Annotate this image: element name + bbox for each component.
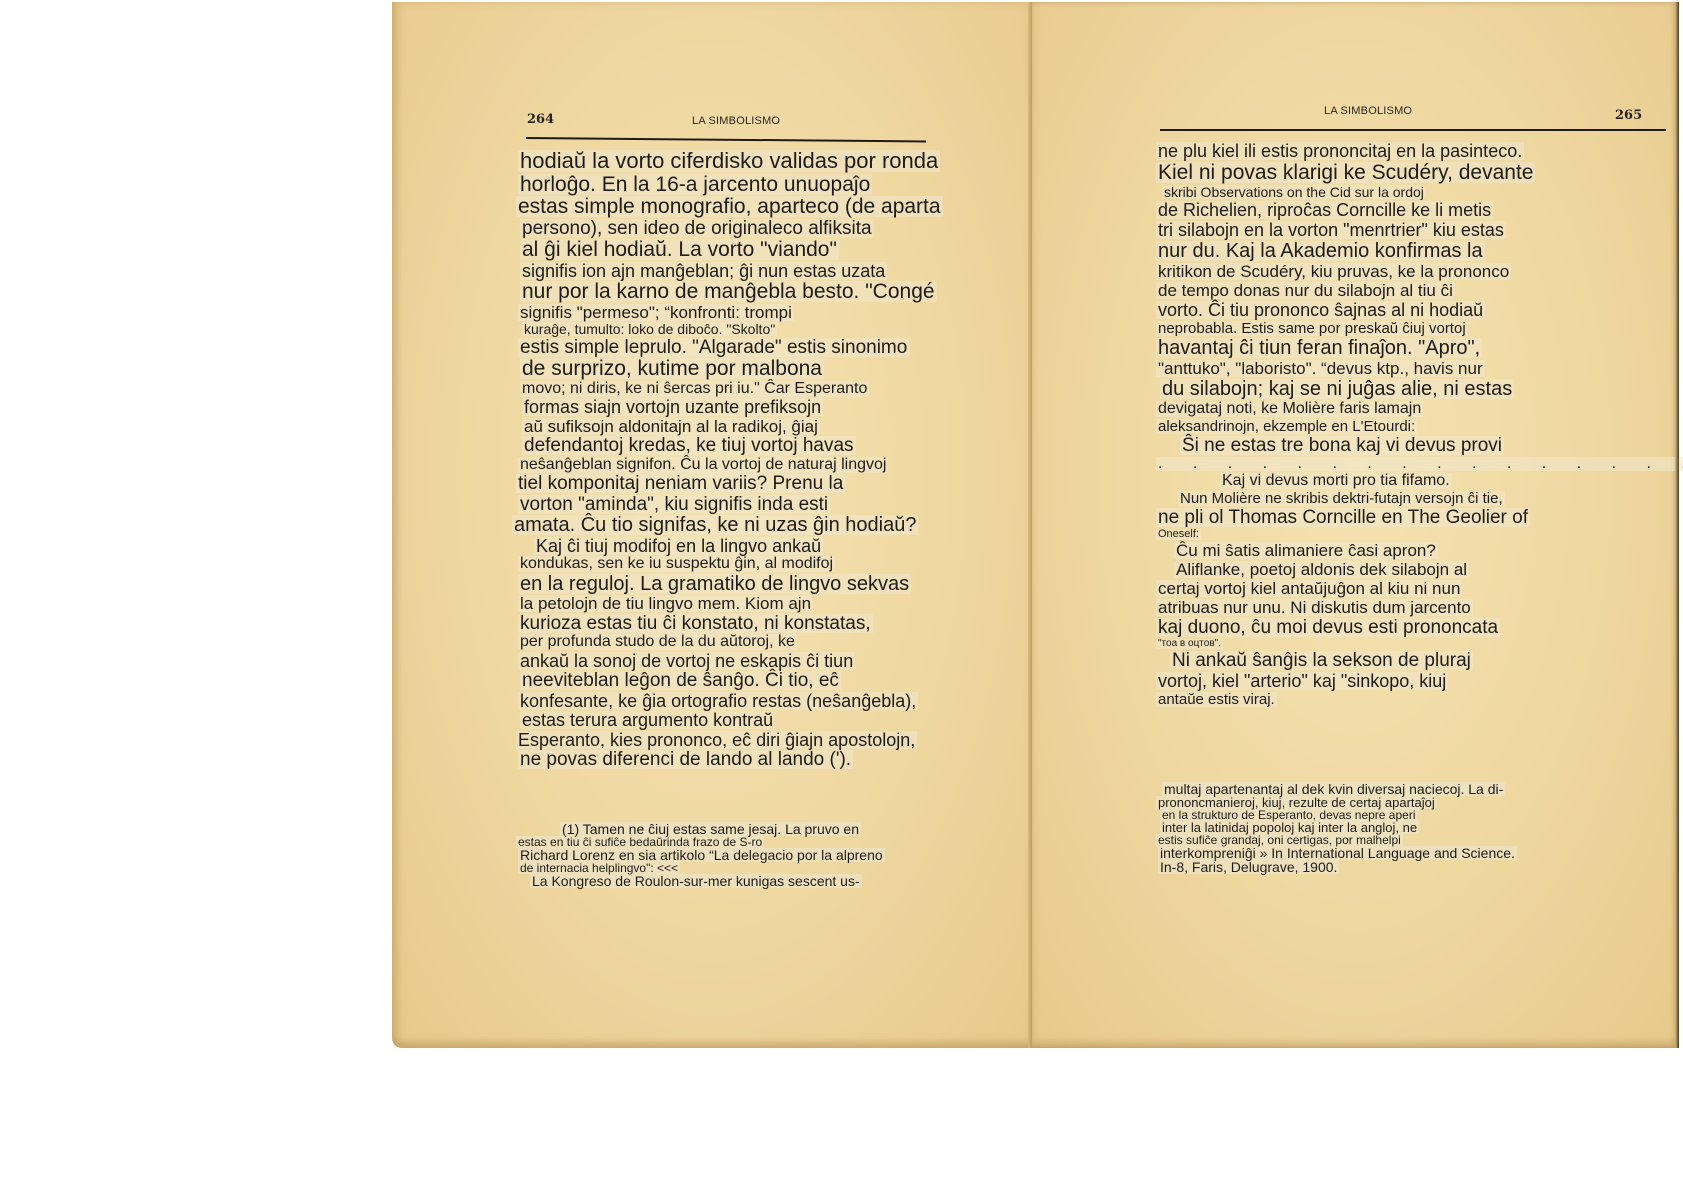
text-line: neeviteblan leĝon de ŝanĝo. Ĉi tio, eĉ [520, 671, 841, 690]
text-line: In-8, Faris, Delugrave, 1900. [1158, 860, 1339, 874]
text-line: signifis ion ajn manĝeblan; ĝi nun estas… [520, 262, 887, 280]
text-line: vorto. Ĉi tiu prononco ŝajnas al ni hodi… [1156, 301, 1485, 319]
text-line: kuraĝe, tumulto: loko de diboĉo. "Skolto… [522, 322, 777, 336]
text-line: Kaj ĉi tiuj modifoj en la lingvo ankaŭ [534, 537, 823, 555]
text-line: ankaŭ la sonoj de vortoj ne eskapis ĉi t… [518, 652, 855, 670]
text-line: kondukas, sen ke iu suspektu ĝin, al mod… [518, 556, 835, 572]
text-line: havantaj ĉi tiun feran finaĵon. "Apro", [1156, 338, 1482, 358]
text-line: La Kongreso de Roulon-sur-mer kunigas se… [530, 874, 862, 888]
text-line: multaj apartenantaj al dek kvin diversaj… [1162, 782, 1505, 796]
text-line: neprobabla. Estis same por preskaŭ ĉiuj … [1156, 321, 1468, 336]
text-line: devigataj noti, ke Molière faris lamajn [1156, 401, 1423, 417]
text-line: (1) Tamen ne ĉiuj estas same jesaj. La p… [560, 822, 861, 836]
text-line: ne plu kiel ili estis prononcitaj en la … [1156, 142, 1524, 160]
header-rule-left [526, 137, 926, 142]
text-line: Nun Molière ne skribis dektri-futajn ver… [1178, 491, 1505, 506]
text-line: vorton "aminda", kiu signifis inda esti [518, 495, 830, 514]
running-head-right: LA SIMBOLISMO [1324, 105, 1412, 117]
text-line: de surprizo, kutime por malbona [520, 358, 824, 379]
text-line: atribuas nur unu. Ni diskutis dum jarcen… [1156, 599, 1473, 616]
text-line: antaŭe estis viraj. [1156, 692, 1277, 707]
text-line: persono), sen ideo de originaleco alfiks… [520, 219, 874, 238]
text-line: de tempo donas nur du silabojn al tiu ĉi [1156, 282, 1455, 299]
right-body-text: ne plu kiel ili estis prononcitaj en la … [1156, 142, 1683, 709]
text-line: ne povas diferenci de lando al lando (')… [518, 750, 853, 769]
text-line: Oneself: [1156, 529, 1201, 540]
text-line: "anttuko", "laboristo". “devus ktp., hav… [1156, 360, 1485, 377]
right-footnote: multaj apartenantaj al dek kvin diversaj… [1156, 782, 1517, 874]
text-line: Kaj vi devus morti pro tia fifamo. [1220, 473, 1452, 489]
text-line: "тоа в оцтов". [1156, 639, 1223, 649]
left-page: 264 LA SIMBOLISMO hodiaŭ la vorto ciferd… [392, 2, 1032, 1048]
page-number-left: 264 [527, 112, 554, 127]
text-line: vortoj, kiel "arterio" kaj "sinkopo, kiu… [1156, 672, 1448, 690]
text-line: Ŝi ne estas tre bona kaj vi devus provi [1180, 436, 1504, 455]
text-line: Esperanto, kies prononco, eĉ diri ĝiajn … [516, 731, 917, 749]
right-page: LA SIMBOLISMO 265 ne plu kiel ili estis … [1032, 2, 1679, 1048]
text-line: al ĝi kiel hodiaŭ. La vorto "viando" [520, 239, 839, 260]
ellipsis-line: . . . . . . . . . . . . . . . . . . . [1156, 457, 1683, 471]
open-book-scan: 264 LA SIMBOLISMO hodiaŭ la vorto ciferd… [392, 2, 1679, 1048]
text-line: skribi Observations on the Cid sur la or… [1162, 185, 1426, 199]
text-line: du silabojn; kaj se ni juĝas alie, ni es… [1160, 379, 1514, 399]
text-line: movo; ni diris, ke ni ŝercas pri iu." Ĉa… [520, 381, 869, 397]
left-footnote: (1) Tamen ne ĉiuj estas same jesaj. La p… [516, 822, 885, 888]
text-line: per profunda studo de la du aŭtoroj, ke [518, 634, 797, 650]
running-head-left: LA SIMBOLISMO [692, 115, 780, 127]
text-line: la petolojn de tiu lingvo mem. Kiom ajn [518, 595, 813, 612]
text-line: de Richelien, riproĉas Corncille ke li m… [1156, 201, 1493, 219]
text-line: defendantoj kredas, ke tiuj vortoj havas [522, 436, 856, 455]
text-line: nur por la karno de manĝebla besto. "Con… [520, 281, 937, 302]
text-line: ne pli ol Thomas Corncille en The Geolie… [1156, 508, 1530, 527]
left-body-text: hodiaŭ la vorto ciferdisko validas por r… [518, 150, 943, 771]
text-line: kritikon de Scudéry, kiu pruvas, ke la p… [1156, 263, 1511, 280]
page-number-right: 265 [1615, 108, 1642, 123]
text-line: signifis "permeso"; “konfronti: trompi [518, 304, 794, 321]
text-line: aleksandrinojn, ekzemple en L'Etourdi: [1156, 419, 1417, 434]
text-line: Ĉu mi ŝatis alimaniere ĉasi apron? [1174, 542, 1438, 559]
text-line: nur du. Kaj la Akademio konfirmas la [1156, 241, 1485, 261]
text-line: interkompreniĝi » In International Langu… [1158, 846, 1517, 860]
text-line: en la reguloj. La gramatiko de lingvo se… [518, 574, 911, 594]
text-line: formas siajn vortojn uzante prefiksojn [522, 398, 823, 416]
text-line: kaj duono, ĉu moi devus esti prononcata [1156, 618, 1500, 637]
text-line: estis simple leprulo. "Algarade" estis s… [518, 338, 909, 357]
text-line: hodiaŭ la vorto ciferdisko validas por r… [518, 150, 940, 172]
text-line: tiel komponitaj neniam variis? Prenu la [516, 474, 845, 493]
text-line: estas simple monografio, aparteco (de ap… [516, 196, 943, 217]
text-line: Kiel ni povas klarigi ke Scudéry, devant… [1156, 162, 1535, 183]
text-line: aŭ sufiksojn aldonitajn al la radikoj, ĝ… [522, 418, 820, 435]
text-line: certaj vortoj kiel antaŭjuĝon al kiu ni … [1156, 580, 1462, 597]
text-line: amata. Ĉu tio signifas, ke ni uzas ĝin h… [512, 515, 918, 535]
book-right-edge [1675, 2, 1679, 1048]
text-line: konfesante, ke ĝia ortografio restas (ne… [518, 692, 918, 710]
text-line: kurioza estas tiu ĉi konstato, ni konsta… [518, 614, 873, 633]
text-line: Richard Lorenz en sia artikolo “La deleg… [518, 848, 885, 862]
text-line: Aliflanke, poetoj aldonis dek silabojn a… [1174, 561, 1469, 578]
text-line: neŝanĝeblan signifon. Ĉu la vortoj de na… [518, 457, 888, 473]
header-rule-right [1160, 129, 1666, 131]
text-line: Ni ankaŭ ŝanĝis la sekson de pluraj [1170, 651, 1473, 670]
text-line: estas terura argumento kontraŭ [520, 711, 775, 729]
text-line: tri silabojn en la vorton "menrtrier" ki… [1156, 221, 1506, 239]
text-line: horloĝo. En la 16-a jarcento unuopaĵo [518, 174, 872, 195]
